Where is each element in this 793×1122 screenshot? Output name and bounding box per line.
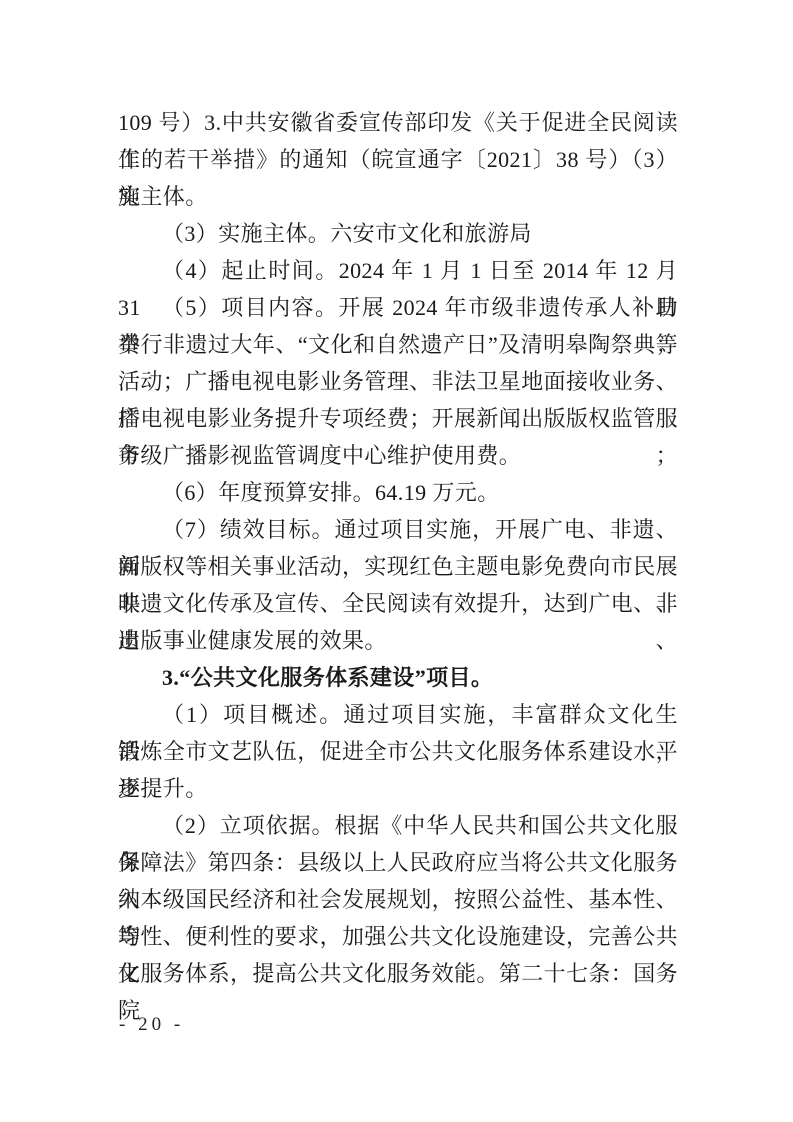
text-line: 保障法》第四条：县级以上人民政府应当将公共文化服务纳 [118, 844, 678, 881]
text-line: （6）年度预算安排。64.19 万元。 [118, 474, 678, 511]
text-line: 锻炼全市文艺队伍，促进全市公共文化服务体系建设水平逐 [118, 733, 678, 770]
text-line: 闻版权等相关事业活动，实现红色主题电影免费向市民展映、 [118, 548, 678, 585]
text-line: （4）起止时间。2024 年 1 月 1 日至 2014 年 12 月 31 日 [118, 252, 678, 289]
text-line: （3）实施主体。六安市文化和旅游局 [118, 215, 678, 252]
text-line: 入本级国民经济和社会发展规划，按照公益性、基本性、均 [118, 881, 678, 918]
text-line: 非遗文化传承及宣传、全民阅读有效提升，达到广电、非遗、 [118, 585, 678, 622]
text-line: 等性、便利性的要求，加强公共文化设施建设，完善公共文 [118, 918, 678, 955]
text-line: 步提升。 [118, 770, 678, 807]
text-line: （1）项目概述。通过项目实施，丰富群众文化生活， [118, 696, 678, 733]
text-line: （7）绩效目标。通过项目实施，开展广电、非遗、新 [118, 511, 678, 548]
page-number: - 20 - [119, 1014, 184, 1036]
document-page: 109 号）3.中共安徽省委宣传部印发《关于促进全民阅读工作的若干举措》的通知（… [0, 0, 793, 1122]
text-line: 施主体。 [118, 178, 678, 215]
text-line: 109 号）3.中共安徽省委宣传部印发《关于促进全民阅读工 [118, 104, 678, 141]
text-line: 作的若干举措》的通知（皖宣通字〔2021〕38 号）（3）实 [118, 141, 678, 178]
text-line: 播电视电影业务提升专项经费；开展新闻出版版权监管服务； [118, 400, 678, 437]
section-heading: 3.“公共文化服务体系建设”项目。 [118, 659, 678, 696]
text-line: （5）项目内容。开展 2024 年市级非遗传承人补助费； [118, 289, 678, 326]
document-body: 109 号）3.中共安徽省委宣传部印发《关于促进全民阅读工作的若干举措》的通知（… [118, 104, 678, 992]
text-line: 活动；广播电视电影业务管理、非法卫星地面接收业务、广 [118, 363, 678, 400]
text-line: 化服务体系，提高公共文化服务效能。第二十七条：国务院 [118, 955, 678, 992]
text-line: （2）立项依据。根据《中华人民共和国公共文化服务 [118, 807, 678, 844]
text-line: 举行非遗过大年、“文化和自然遗产日”及清明皋陶祭典等 [118, 326, 678, 363]
